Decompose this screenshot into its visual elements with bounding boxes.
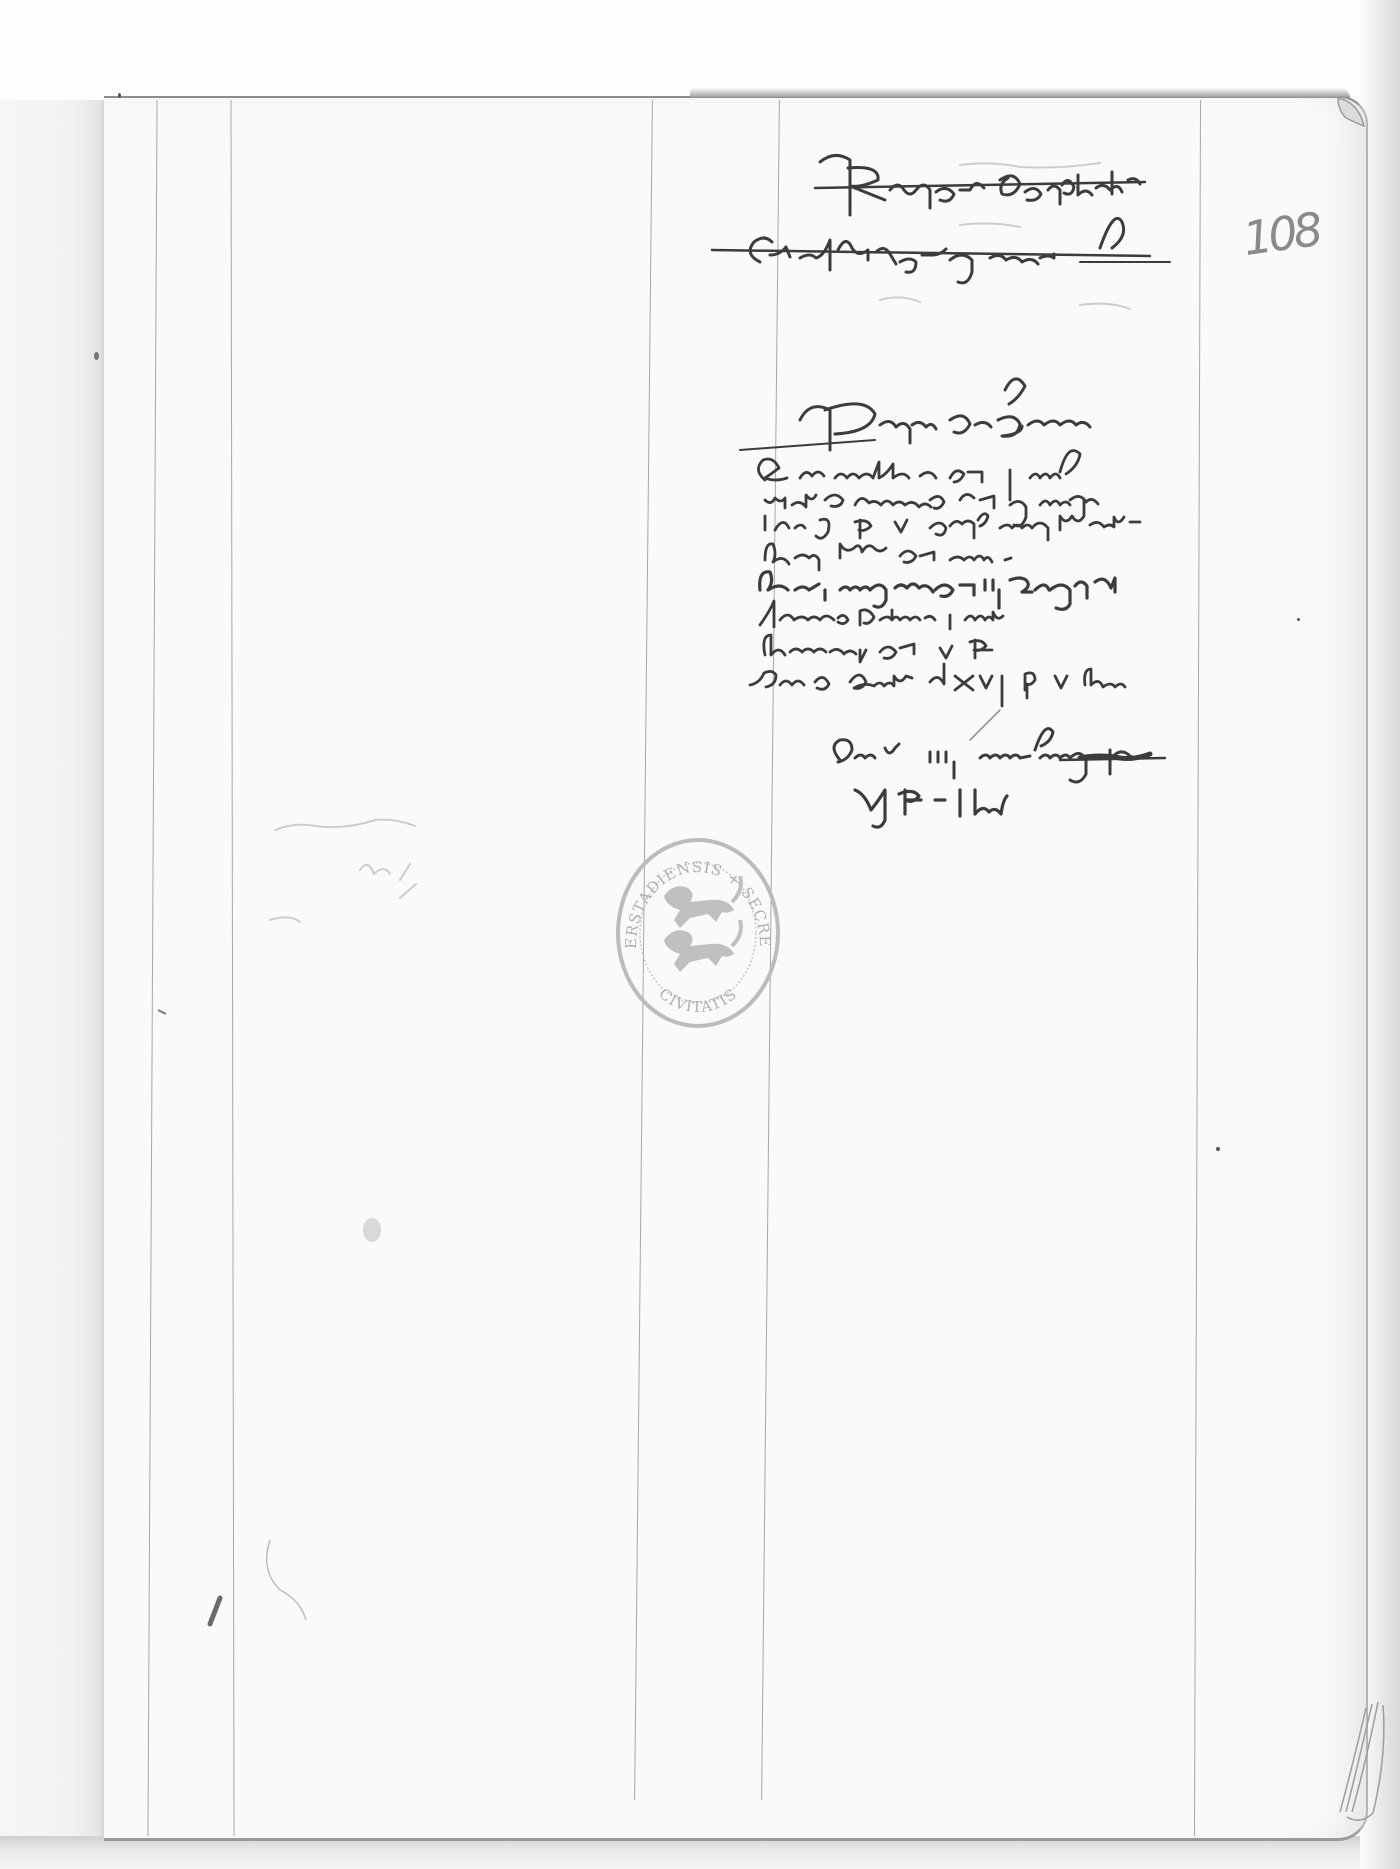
city-seal-stamp: DUDERSTADIENSIS + SECRETUM CIVITATIS — [614, 836, 782, 1030]
stain — [363, 1218, 381, 1242]
curled-corner-top — [1338, 98, 1364, 126]
folio-number: 108 — [1240, 202, 1323, 266]
summa-line-2 — [855, 790, 1007, 827]
speck — [1297, 618, 1300, 621]
line-hermanus — [764, 635, 992, 662]
margin-marks — [158, 1010, 306, 1620]
speck — [118, 93, 121, 98]
ink-blot — [210, 1598, 220, 1624]
curled-corner-bottom — [1340, 1702, 1384, 1820]
line-idem-pro-fer — [765, 500, 1140, 540]
summa-line-1 — [834, 729, 1165, 782]
lion-device — [664, 876, 741, 972]
svg-text:CIVITATIS: CIVITATIS — [655, 985, 740, 1017]
line-clawes-gulden — [712, 218, 1170, 283]
heading-recepta-de-gravamine — [740, 379, 1090, 450]
speck — [94, 352, 99, 360]
line-hans-mekeler — [760, 572, 1115, 610]
svg-text:DUDERSTADIENSIS + SECRETUM: DUDERSTADIENSIS + SECRETUM — [614, 836, 774, 949]
line-tida-muller — [758, 451, 1080, 500]
line-wolde-tanenwad — [765, 494, 1098, 526]
line-hans-hertke — [765, 544, 1011, 570]
speck — [1216, 1147, 1220, 1151]
line-hinrik-brunsfeld — [750, 664, 1125, 740]
